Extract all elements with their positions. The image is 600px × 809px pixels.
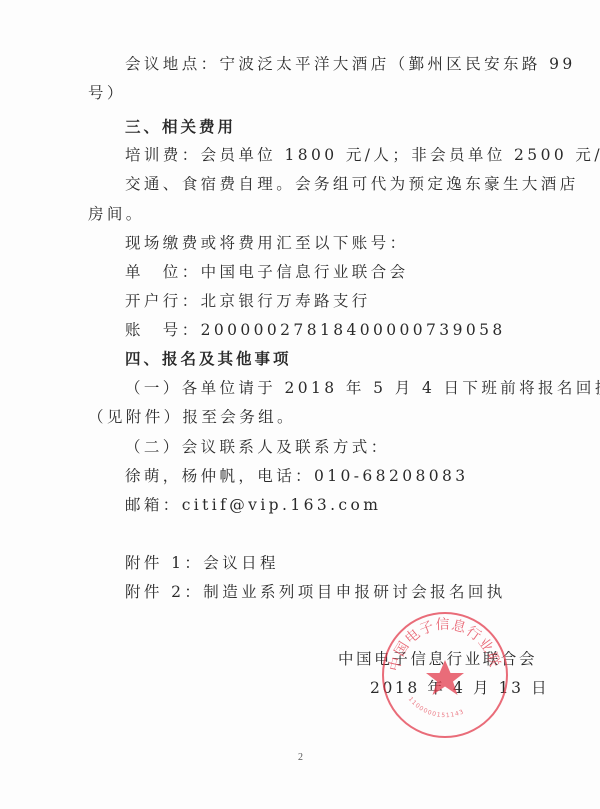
- payment-intro: 现场缴费或将费用汇至以下账号：: [125, 233, 409, 253]
- item-2-line: （二）会议联系人及联系方式：: [125, 437, 390, 457]
- document-page: 会议地点：宁波泛太平洋大酒店（鄞州区民安东路 99 号） 三、相关费用 培训费：…: [0, 0, 600, 809]
- signature-organization: 中国电子信息行业联合会: [338, 649, 537, 669]
- attachment-1: 附件 1：会议日程: [125, 553, 279, 573]
- section-4-heading: 四、报名及其他事项: [125, 349, 292, 369]
- attachment-2: 附件 2：制造业系列项目申报研讨会报名回执: [125, 582, 506, 602]
- account-number: 账 号：20000027818400000739058: [125, 320, 506, 340]
- lodging-continuation: 房间。: [88, 204, 145, 224]
- seal-icon: 中国电子信息行业联合会 1100000151143: [382, 612, 508, 738]
- page-number: 2: [298, 752, 303, 763]
- email-line: 邮箱：citif@vip.163.com: [125, 495, 381, 515]
- contacts-line: 徐萌，杨仲帆，电话：010-68208083: [125, 466, 469, 486]
- signature-date: 2018 年 4 月 13 日: [370, 678, 549, 698]
- seal-serial: 1100000151143: [406, 695, 465, 719]
- item-1-line: （一）各单位请于 2018 年 5 月 4 日下班前将报名回执: [125, 378, 600, 398]
- section-3-heading: 三、相关费用: [125, 117, 236, 137]
- account-unit: 单 位：中国电子信息行业联合会: [125, 262, 409, 282]
- lodging-line: 交通、食宿费自理。会务组可代为预定逸东豪生大酒店: [125, 174, 579, 194]
- official-seal: 中国电子信息行业联合会 1100000151143: [382, 612, 508, 738]
- training-fee-line: 培训费：会员单位 1800 元/人；非会员单位 2500 元/人: [125, 145, 600, 165]
- item-1-continuation: （见附件）报至会务组。: [88, 407, 296, 427]
- account-bank: 开户行：北京银行万寿路支行: [125, 291, 371, 311]
- svg-text:1100000151143: 1100000151143: [406, 695, 465, 719]
- venue-continuation: 号）: [88, 83, 126, 103]
- venue-line: 会议地点：宁波泛太平洋大酒店（鄞州区民安东路 99: [125, 54, 576, 74]
